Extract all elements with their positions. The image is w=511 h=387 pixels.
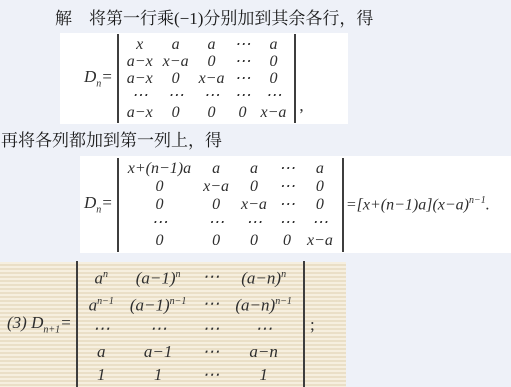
matrix-cell: ⋯ [229,87,255,104]
textbook-page: 解 将第一行乘(−1)分别加到其余各行，得 Dn= x a a ⋯ a a−x … [0,0,511,387]
matrix-cell: a [301,160,339,178]
matrix-cell: (a−1)n−1 [122,290,195,317]
formula-dn-row-reduced: Dn= x a a ⋯ a a−x x−a 0 ⋯ 0 a−x [60,33,348,124]
matrix-row: ⋯ ⋯ ⋯ ⋯ ⋯ [122,214,339,232]
matrix-cell: ⋯ [227,317,300,340]
matrix-row: an (a−1)n ⋯ (a−n)n [81,263,300,290]
matrix-row: a a−1 ⋯ a−n [81,340,300,363]
matrix-row: an−1 (a−1)n−1 ⋯ (a−n)n−1 [81,290,300,317]
matrix-cell: a−x [122,53,158,70]
matrix-cell: ⋯ [229,70,255,87]
matrix-cell: ⋯ [194,340,227,363]
matrix-cell: 0 [158,104,194,121]
determinant-2: x+(n−1)a a a ⋯ a 0 x−a 0 ⋯ 0 0 0 x−a [117,158,344,252]
formula-result: =[x+(n−1)a](x−a)n−1. [346,195,490,214]
matrix-cell: 0 [273,232,301,250]
matrix-cell: 0 [197,196,235,214]
matrix-row: 0 0 0 0 x−a [122,232,339,250]
matrix-cell: x−a [194,70,230,87]
matrix-cell: ⋯ [197,214,235,232]
matrix-cell: a−n [227,340,300,363]
determinant-1: x a a ⋯ a a−x x−a 0 ⋯ 0 a−x 0 x−a [117,34,297,123]
punctuation-semicolon: ; [310,315,315,335]
matrix-cell: a−1 [122,340,195,363]
matrix-row: x+(n−1)a a a ⋯ a [122,160,339,178]
matrix-cell: 0 [158,70,194,87]
matrix-cell: x−a [235,196,273,214]
matrix-row: ⋯ ⋯ ⋯ ⋯ ⋯ [122,87,292,104]
matrix-cell: a [255,36,291,53]
matrix-cell: ⋯ [122,87,158,104]
matrix-row: 0 0 x−a ⋯ 0 [122,196,339,214]
matrix-cell: ⋯ [235,214,273,232]
matrix-3: an (a−1)n ⋯ (a−n)n an−1 (a−1)n−1 ⋯ (a−n)… [81,263,300,385]
matrix-cell: a [235,160,273,178]
matrix-cell: 0 [197,232,235,250]
matrix-row: 0 x−a 0 ⋯ 0 [122,178,339,196]
punctuation-comma: , [299,96,303,116]
matrix-cell: ⋯ [273,214,301,232]
matrix-row: ⋯ ⋯ ⋯ ⋯ [81,317,300,340]
matrix-cell: x−a [158,53,194,70]
matrix-row: a−x 0 x−a ⋯ 0 [122,70,292,87]
matrix-cell: ⋯ [255,87,291,104]
matrix-cell: a [158,36,194,53]
matrix-cell: 0 [122,178,197,196]
matrix-cell: (a−n)n [227,263,300,290]
matrix-cell: ⋯ [194,363,227,386]
matrix-cell: (a−1)n [122,263,195,290]
matrix-cell: 0 [122,196,197,214]
matrix-cell: an [81,263,122,290]
solution-step-text-2: 再将各列都加到第一列上，得 [1,131,222,151]
matrix-cell: x−a [255,104,291,121]
matrix-row: 1 1 ⋯ 1 [81,363,300,386]
determinant-3: an (a−1)n ⋯ (a−n)n an−1 (a−1)n−1 ⋯ (a−n)… [76,261,305,387]
formula-3-label: (3) Dn+1= [7,313,72,335]
matrix-cell: (a−n)n−1 [227,290,300,317]
formula-dn-column-reduced: Dn= x+(n−1)a a a ⋯ a 0 x−a 0 ⋯ 0 [80,156,511,253]
matrix-cell: a−x [122,104,158,121]
matrix-cell: 0 [301,178,339,196]
matrix-cell: 0 [194,104,230,121]
matrix-cell: 0 [255,53,291,70]
matrix-cell: x [122,36,158,53]
matrix-cell: ⋯ [273,160,301,178]
matrix-cell: a [197,160,235,178]
matrix-cell: 0 [122,232,197,250]
matrix-2: x+(n−1)a a a ⋯ a 0 x−a 0 ⋯ 0 0 0 x−a [122,160,339,250]
matrix-row: a−x x−a 0 ⋯ 0 [122,53,292,70]
matrix-cell: ⋯ [301,214,339,232]
matrix-cell: a [194,36,230,53]
matrix-cell: x+(n−1)a [122,160,197,178]
matrix-cell: 1 [122,363,195,386]
matrix-cell: ⋯ [122,317,195,340]
matrix-cell: ⋯ [158,87,194,104]
matrix-cell: ⋯ [194,290,227,317]
formula-3-highlight-block: (3) Dn+1= an (a−1)n ⋯ (a−n)n an−1 (a−1)n… [0,262,346,387]
matrix-cell: x−a [301,232,339,250]
matrix-cell: ⋯ [229,36,255,53]
matrix-cell: ⋯ [81,317,122,340]
matrix-cell: ⋯ [194,317,227,340]
matrix-cell: ⋯ [194,263,227,290]
matrix-cell: 0 [255,70,291,87]
matrix-cell: an−1 [81,290,122,317]
matrix-row: a−x 0 0 0 x−a [122,104,292,121]
matrix-cell: a [81,340,122,363]
matrix-1: x a a ⋯ a a−x x−a 0 ⋯ 0 a−x 0 x−a [122,36,292,121]
matrix-cell: 1 [227,363,300,386]
matrix-cell: 0 [301,196,339,214]
matrix-cell: ⋯ [194,87,230,104]
matrix-cell: ⋯ [122,214,197,232]
matrix-row: x a a ⋯ a [122,36,292,53]
matrix-cell: 0 [194,53,230,70]
matrix-cell: 1 [81,363,122,386]
matrix-cell: 0 [229,104,255,121]
solution-step-text-1: 解 将第一行乘(−1)分别加到其余各行，得 [55,9,373,29]
matrix-cell: 0 [235,232,273,250]
matrix-cell: a−x [122,70,158,87]
matrix-cell: ⋯ [273,196,301,214]
matrix-cell: ⋯ [273,178,301,196]
formula-lhs: Dn= [84,67,113,89]
matrix-cell: x−a [197,178,235,196]
formula-lhs: Dn= [84,193,113,215]
matrix-cell: 0 [235,178,273,196]
matrix-cell: ⋯ [229,53,255,70]
